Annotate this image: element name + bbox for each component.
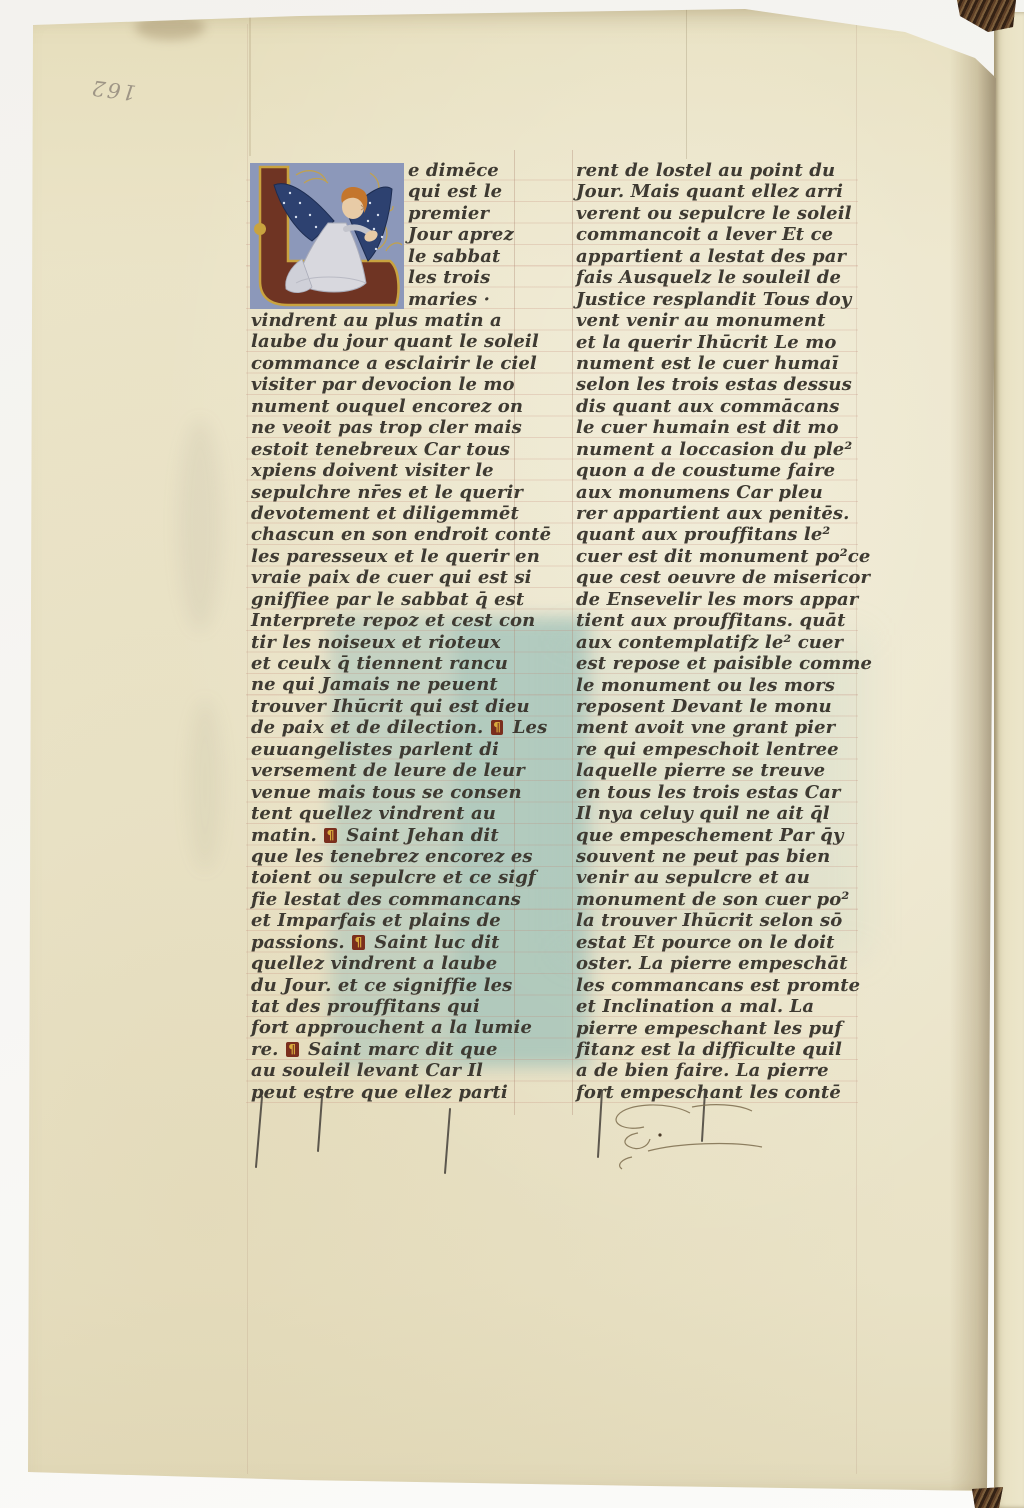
show-through-smudge [178, 420, 222, 630]
adjacent-page-edge [994, 12, 1024, 1508]
folio-number: 162 [89, 75, 138, 104]
manuscript-line: fitanz est la difficulte quil [576, 1039, 860, 1060]
gold-boss [254, 223, 266, 235]
manuscript-line: et Inclination a mal. La [576, 996, 860, 1017]
gutter-shadow [950, 18, 996, 1490]
manuscript-line: la trouver Ihūcrit selon sō [576, 910, 860, 931]
paraph-mark: ¶ [352, 935, 365, 950]
manuscript-line: aux contemplatifz le² cuer [576, 632, 860, 653]
manuscript-line: devotement et diligemmēt [251, 503, 517, 524]
catchword-squiggle [616, 1105, 762, 1169]
fold-crease [686, 9, 687, 159]
manuscript-line: xpiens doivent visiter le [251, 460, 517, 481]
manuscript-line: est repose et paisible comme [576, 653, 860, 674]
manuscript-line: le cuer humain est dit mo [576, 417, 860, 438]
manuscript-line: appartient a lestat des par [576, 246, 860, 267]
manuscript-line: ment avoit vne grant pier [576, 717, 860, 738]
manuscript-line: re. ¶ Saint marc dit que [251, 1039, 517, 1060]
manuscript-line: Jour aprez [408, 224, 516, 245]
manuscript-line: a de bien faire. La pierre [576, 1060, 860, 1081]
ruling-line-vertical [247, 24, 248, 1474]
manuscript-page: 162 [0, 0, 1024, 1508]
parchment-stain [135, 14, 205, 40]
manuscript-line: gniffiee par le sabbat q̄ est [251, 589, 517, 610]
manuscript-line: maries · [408, 289, 516, 310]
manuscript-line: nument a loccasion du ple² [576, 439, 860, 460]
manuscript-line: quon a de coustume faire [576, 460, 860, 481]
manuscript-line: nument ouquel encorez on [251, 396, 517, 417]
right-column-text: rent de lostel au point duJour. Mais qua… [576, 160, 860, 1103]
manuscript-line: laquelle pierre se treuve [576, 760, 860, 781]
manuscript-line: de paix et de dilection. ¶ Les [251, 717, 517, 738]
manuscript-line: versement de leure de leur [251, 760, 517, 781]
paraph-mark: ¶ [286, 1042, 299, 1057]
manuscript-line: nument est le cuer humaī [576, 353, 860, 374]
paraph-mark: ¶ [324, 828, 337, 843]
manuscript-line: estat Et pource on le doit [576, 932, 860, 953]
manuscript-line: vindrent au plus matin a [251, 310, 517, 331]
manuscript-line: et ceulx q̄ tiennent rancu [251, 653, 517, 674]
manuscript-line: les paresseux et le querir en [251, 546, 517, 567]
manuscript-line: tat des prouffitans qui [251, 996, 517, 1017]
manuscript-line: ne qui Jamais ne peuent [251, 674, 517, 695]
manuscript-line: vraie paix de cuer qui est si [251, 567, 517, 588]
manuscript-line: oster. La pierre empeschāt [576, 953, 860, 974]
pen-flourishes [240, 1085, 820, 1195]
manuscript-line: matin. ¶ Saint Jehan dit [251, 825, 517, 846]
manuscript-line: aux monumens Car pleu [576, 482, 860, 503]
manuscript-line: e dimēce [408, 160, 516, 181]
manuscript-line: tir les noiseux et rioteux [251, 632, 517, 653]
manuscript-line: Jour. Mais quant ellez arri [576, 181, 860, 202]
manuscript-line: cuer est dit monument po²ce [576, 546, 860, 567]
manuscript-line: Interprete repoz et cest con [251, 610, 517, 631]
manuscript-line: Il nya celuy quil ne ait q̄l [576, 803, 860, 824]
manuscript-line: souvent ne peut pas bien [576, 846, 860, 867]
angel-illustration [250, 163, 404, 309]
manuscript-line: que empeschement Par q̄y [576, 825, 860, 846]
manuscript-line: et Imparfais et plains de [251, 910, 517, 931]
manuscript-line: les commancans est promte [576, 975, 860, 996]
manuscript-line: premier [408, 203, 516, 224]
manuscript-line: en tous les trois estas Car [576, 782, 860, 803]
show-through-smudge [188, 700, 222, 870]
manuscript-line: du Jour. et ce signiffie les [251, 975, 517, 996]
manuscript-line: rer appartient aux penitēs. [576, 503, 860, 524]
manuscript-line: fie lestat des commancans [251, 889, 517, 910]
manuscript-line: venue mais tous se consen [251, 782, 517, 803]
manuscript-line: ne veoit pas trop cler mais [251, 417, 517, 438]
manuscript-line: les trois [408, 267, 516, 288]
manuscript-line: euuangelistes parlent di [251, 739, 517, 760]
manuscript-line: rent de lostel au point du [576, 160, 860, 181]
manuscript-line: vent venir au monument [576, 310, 860, 331]
manuscript-line: sepulchre nr̄es et le querir [251, 482, 517, 503]
manuscript-line: fort approuchent a la lumie [251, 1017, 517, 1038]
manuscript-line: que cest oeuvre de misericor [576, 567, 860, 588]
left-column-text: vindrent au plus matin alaube du jour qu… [251, 310, 517, 1103]
manuscript-line: chascun en son endroit contē [251, 524, 517, 545]
manuscript-line: dis quant aux commācans [576, 396, 860, 417]
manuscript-line: quant aux prouffitans le² [576, 524, 860, 545]
manuscript-line: et la querir Ihūcrit Le mo [576, 332, 860, 353]
manuscript-line: laube du jour quant le soleil [251, 331, 517, 352]
left-column-initial-lines: e dimēcequi est lepremierJour aprezle sa… [408, 160, 516, 310]
manuscript-line: fais Ausquelz le souleil de [576, 267, 860, 288]
manuscript-line: commance a esclairir le ciel [251, 353, 517, 374]
paraph-mark: ¶ [491, 720, 504, 735]
manuscript-line: tient aux prouffitans. quāt [576, 610, 860, 631]
manuscript-line: verent ou sepulcre le soleil [576, 203, 860, 224]
manuscript-line: toient ou sepulcre et ce sigf [251, 867, 517, 888]
manuscript-line: trouver Ihūcrit qui est dieu [251, 696, 517, 717]
manuscript-line: reposent Devant le monu [576, 696, 860, 717]
manuscript-line: Justice resplandit Tous doy [576, 289, 860, 310]
manuscript-line: au souleil levant Car Il [251, 1060, 517, 1081]
manuscript-line: visiter par devocion le mo [251, 374, 517, 395]
manuscript-line: selon les trois estas dessus [576, 374, 860, 395]
manuscript-line: re qui empeschoit lentree [576, 739, 860, 760]
manuscript-line: pierre empeschant les puf [576, 1018, 860, 1039]
manuscript-line: le monument ou les mors [576, 675, 860, 696]
manuscript-line: passions. ¶ Saint luc dit [251, 932, 517, 953]
fold-crease [249, 16, 251, 156]
illuminated-initial-L [250, 163, 404, 309]
manuscript-line: que les tenebrez encorez es [251, 846, 517, 867]
manuscript-line: estoit tenebreux Car tous [251, 439, 517, 460]
ruling-line-vertical [572, 150, 573, 1115]
manuscript-line: de Ensevelir les mors appar [576, 589, 860, 610]
manuscript-line: tent quellez vindrent au [251, 803, 517, 824]
manuscript-line: quellez vindrent a laube [251, 953, 517, 974]
manuscript-line: commancoit a lever Et ce [576, 224, 860, 245]
manuscript-line: monument de son cuer po² [576, 889, 860, 910]
manuscript-line: le sabbat [408, 246, 516, 267]
manuscript-line: qui est le [408, 181, 516, 202]
manuscript-line: venir au sepulcre et au [576, 867, 860, 888]
